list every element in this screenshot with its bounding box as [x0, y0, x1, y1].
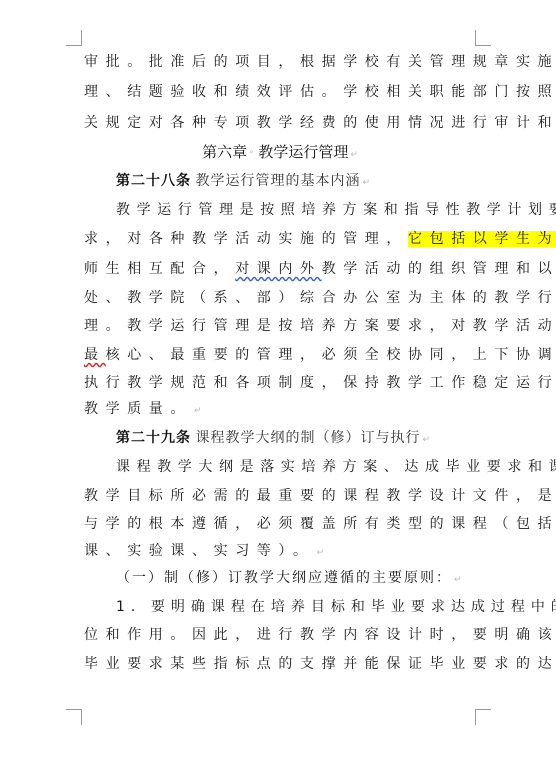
space-mark: °: [249, 150, 254, 160]
text-run: 教学活动的组织管理和以教务: [322, 261, 556, 277]
article-title: 教学运行管理的基本内涵: [195, 173, 360, 189]
text-line[interactable]: 教学质量。↵: [84, 398, 476, 420]
paragraph-mark: ↵: [317, 548, 325, 558]
text-run: 课程教学大纲是落实培养方案、达成毕业要求和课程: [116, 459, 556, 475]
text-line[interactable]: 最核心、最重要的管理，必须全校协同，上下协调，严格: [84, 344, 476, 366]
crop-mark-top-left: [66, 30, 82, 46]
paragraph-mark: ↵: [454, 575, 462, 585]
grammar-flagged-text: 对课内外: [235, 261, 321, 277]
paragraph-mark: ↵: [350, 150, 358, 160]
article-label: 第二十九条: [116, 430, 191, 446]
document-page: 审批。批准后的项目，根据学校有关管理规章实施过程管 理、结题验收和绩效评估。学校…: [0, 0, 556, 762]
article-heading[interactable]: 第二十九条 课程教学大纲的制（修）订与执行↵: [116, 427, 508, 449]
article-heading[interactable]: 第二十八条 教学运行管理的基本内涵↵: [116, 170, 508, 192]
text-line[interactable]: 与学的根本遵循，必须覆盖所有类型的课程（包括理论: [84, 513, 476, 535]
text-line[interactable]: 师生相互配合，对课内外教学活动的组织管理和以教务: [84, 258, 476, 280]
highlighted-text: 它包括以学生为中心，: [408, 231, 556, 247]
chapter-title: 教学运行管理: [258, 143, 348, 161]
paragraph-mark: ↵: [362, 178, 370, 188]
text-line[interactable]: 审批。批准后的项目，根据学校有关管理规章实施过程管: [84, 51, 476, 73]
text-line[interactable]: 毕业要求某些指标点的支撑并能保证毕业要求的达成。↵: [84, 653, 476, 675]
text-run: 执行教学规范和各项制度，保持教学工作稳定运行，保证: [84, 375, 556, 391]
text-run: 处、教学院（系、部）综合办公室为主体的教学行政管: [84, 290, 556, 306]
text-line[interactable]: 位和作用。因此，进行教学内容设计时，要明确该课程对: [84, 624, 476, 646]
text-line[interactable]: 处、教学院（系、部）综合办公室为主体的教学行政管: [84, 287, 476, 309]
subsection-heading[interactable]: （一）制（修）订教学大纲应遵循的主要原则：↵: [116, 567, 508, 589]
text-line[interactable]: 关规定对各种专项教学经费的使用情况进行审计和检查。↵: [84, 112, 476, 134]
text-line[interactable]: 理。教学运行管理是按培养方案要求，对教学活动实施的: [84, 315, 476, 337]
text-line[interactable]: 理、结题验收和绩效评估。学校相关职能部门按照学校有: [84, 81, 476, 103]
text-run: 教学运行管理是按照培养方案和指导性教学计划要: [116, 202, 556, 218]
text-run: （一）制（修）订教学大纲应遵循的主要原则：: [116, 570, 452, 586]
text-run: 师生相互配合，: [84, 261, 235, 277]
text-line[interactable]: 求，对各种教学活动实施的管理，它包括以学生为中心，: [84, 228, 476, 250]
text-run: 课、实验课、实习等）。: [84, 543, 315, 559]
crop-mark-bottom-right: [475, 709, 491, 725]
text-run: 毕业要求某些指标点的支撑并能保证毕业要求的达成。: [84, 656, 556, 672]
text-line[interactable]: 教学目标所必需的最重要的课程教学设计文件，是师生教: [84, 485, 476, 507]
text-run: 位和作用。因此，进行教学内容设计时，要明确该课程对: [84, 627, 556, 643]
text-run: 审批。批准后的项目，根据学校有关管理规章实施过程管: [84, 54, 556, 70]
list-item-1[interactable]: 1．要明确课程在培养目标和毕业要求达成过程中的地: [116, 596, 508, 618]
text-run: 核心、最重要的管理，必须全校协同，上下协调，严格: [106, 347, 556, 363]
text-run: 与学的根本遵循，必须覆盖所有类型的课程（包括理论: [84, 516, 556, 532]
text-line[interactable]: 教学运行管理是按照培养方案和指导性教学计划要: [116, 199, 508, 221]
chapter-heading[interactable]: 第六章° 教学运行管理↵: [84, 141, 476, 163]
text-line[interactable]: 执行教学规范和各项制度，保持教学工作稳定运行，保证: [84, 372, 476, 394]
text-run: 理、结题验收和绩效评估。学校相关职能部门按照学校有: [84, 84, 556, 100]
text-run: 求，对各种教学活动实施的管理，: [84, 231, 408, 247]
text-run: 教学质量。: [84, 401, 192, 417]
crop-mark-top-right: [475, 30, 491, 46]
chapter-number: 第六章: [202, 143, 247, 161]
article-label: 第二十八条: [116, 173, 191, 189]
text-run: 关规定对各种专项教学经费的使用情况进行审计和检查。: [84, 115, 556, 131]
paragraph-mark: ↵: [422, 435, 430, 445]
text-run: 1．要明确课程在培养目标和毕业要求达成过程中的地: [116, 599, 556, 615]
text-line[interactable]: 课程教学大纲是落实培养方案、达成毕业要求和课程: [116, 456, 508, 478]
spelling-flagged-text: 最: [84, 347, 106, 363]
article-title: 课程教学大纲的制（修）订与执行: [195, 430, 420, 446]
text-run: 理。教学运行管理是按培养方案要求，对教学活动实施的: [84, 318, 556, 334]
crop-mark-bottom-left: [66, 709, 82, 725]
text-line[interactable]: 课、实验课、实习等）。↵: [84, 540, 476, 562]
text-run: 教学目标所必需的最重要的课程教学设计文件，是师生教: [84, 488, 556, 504]
paragraph-mark: ↵: [194, 406, 202, 416]
